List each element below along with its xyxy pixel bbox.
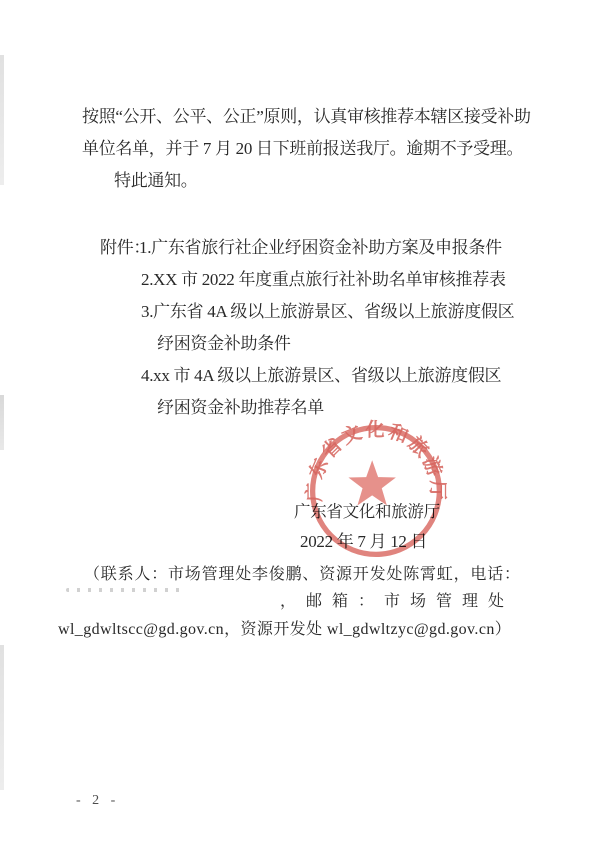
body-line-2: 单位名单，并于 7 月 20 日下班前报送我厅。逾期不予受理。 <box>82 138 523 160</box>
attachment-line-5: 4.xx 市 4A 级以上旅游景区、省级以上旅游度假区 <box>141 365 501 387</box>
issuing-agency-signature: 广东省文化和旅游厅 <box>294 501 440 523</box>
contact-line-2: ，邮箱：市场管理处 <box>280 591 514 613</box>
scan-edge-artifact <box>0 645 4 790</box>
scanned-notice-page: 按照“公开、公平、公正”原则，认真审核推荐本辖区接受补助 单位名单，并于 7 月… <box>0 0 600 844</box>
attachment-line-4: 纾困资金补助条件 <box>157 333 291 355</box>
contact-line-1: （联系人：市场管理处李俊鹏、资源开发处陈霄虹，电话： <box>84 564 521 586</box>
attachment-line-2: 2.XX 市 2022 年度重点旅行社补助名单审核推荐表 <box>141 269 506 291</box>
attachment-line-3: 3.广东省 4A 级以上旅游景区、省级以上旅游度假区 <box>141 301 514 323</box>
star-icon <box>348 460 395 505</box>
attachment-line-6: 纾困资金补助推荐名单 <box>157 397 324 419</box>
redacted-phone-number <box>66 588 182 592</box>
page-number: - 2 - <box>76 790 119 812</box>
contact-line-3-emails: wl_gdwltscc@gd.gov.cn，资源开发处 wl_gdwltzyc@… <box>58 619 511 641</box>
attachment-line-1: 1.广东省旅行社企业纾困资金补助方案及申报条件 <box>139 237 502 259</box>
scan-edge-artifact <box>0 395 4 450</box>
signature-date: 2022 年 7 月 12 日 <box>300 531 427 553</box>
body-line-3: 特此通知。 <box>114 170 198 192</box>
scan-edge-artifact <box>0 55 4 185</box>
body-line-1: 按照“公开、公平、公正”原则，认真审核推荐本辖区接受补助 <box>82 106 531 128</box>
seal-text: 广东省文化和旅游厅 <box>304 419 448 502</box>
